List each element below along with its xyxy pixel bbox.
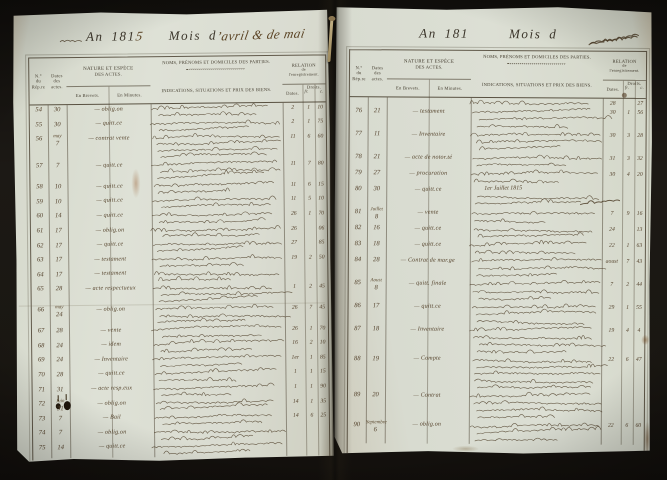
duty-francs xyxy=(304,224,316,239)
registration-date: 29 xyxy=(601,303,621,326)
handwriting-line xyxy=(477,144,603,152)
handwriting-line xyxy=(474,345,601,353)
entry-number: 90 xyxy=(348,420,366,443)
registration-date xyxy=(602,186,622,209)
handwriting-line xyxy=(475,382,601,390)
act-date-cell: 28 xyxy=(50,326,69,341)
handwriting-line xyxy=(160,446,286,455)
registration-date: 30 xyxy=(602,170,622,186)
parties-and-details xyxy=(470,153,602,170)
parties-and-details xyxy=(469,421,601,445)
entry-number: 61 xyxy=(31,226,49,241)
act-nature: — quitt.ce xyxy=(386,224,470,241)
registration-date: 7 xyxy=(602,280,622,303)
duty-francs: 1 xyxy=(305,367,317,382)
duty-francs: 1 xyxy=(622,241,634,257)
act-nature: — Inventaire xyxy=(385,324,469,354)
registration-date: 2 xyxy=(283,103,303,118)
entry-number: 60 xyxy=(31,212,49,227)
registration-date: 22 xyxy=(602,241,622,257)
entry-number: 57 xyxy=(30,162,48,183)
entry-number: 75 xyxy=(33,443,51,458)
act-date-cell: 19 xyxy=(366,354,385,391)
act-date-cell: 14 xyxy=(51,443,70,458)
duty-francs: 1 xyxy=(623,108,635,131)
month-printed: Mois d xyxy=(169,28,218,45)
act-nature: — acte respectueux xyxy=(69,284,153,306)
parties-and-details xyxy=(469,355,601,392)
registration-date: 1 xyxy=(286,382,306,397)
act-date-cell: 28 xyxy=(50,370,69,385)
duty-centimes: 70 xyxy=(317,324,328,339)
act-date-cell: 7 xyxy=(48,161,67,182)
act-day: 11 xyxy=(368,129,387,137)
registration-date: 26 xyxy=(284,209,304,224)
act-nature: — testament xyxy=(387,107,471,130)
act-day: 30 xyxy=(367,184,386,192)
handwriting-line xyxy=(473,176,603,184)
act-day xyxy=(368,97,387,98)
duty-francs xyxy=(622,186,634,209)
month-printed: Mois d xyxy=(509,26,557,42)
act-date-cell: 28 xyxy=(50,285,69,306)
col-no-header: N.°duRép.re xyxy=(350,50,368,96)
entry-number: 78 xyxy=(349,152,367,168)
parties-and-details xyxy=(154,441,286,457)
duty-francs: 6 xyxy=(621,356,633,393)
register-row: 90Septembre6— oblig.on22660 xyxy=(348,420,644,445)
handwriting-line xyxy=(158,229,284,238)
paraphe-flourish-icon xyxy=(584,17,639,47)
act-nature: — oblig.on xyxy=(68,225,152,240)
act-day: 28 xyxy=(367,256,386,264)
col-nature-header: NATURE ET ESPÈCEDES ACTES. xyxy=(66,57,150,86)
duty-francs: 3 xyxy=(622,154,634,170)
month-handwritten: ’avril & de mai xyxy=(215,25,306,44)
sub-brevets-header: En Brevets. xyxy=(387,79,429,97)
duty-francs: 2 xyxy=(304,282,316,303)
act-date-cell: 14 xyxy=(49,212,68,227)
act-date-cell: 11 xyxy=(367,129,386,152)
act-day: 28 xyxy=(50,370,69,378)
act-day: 17 xyxy=(49,226,68,234)
act-day: 31 xyxy=(51,404,70,412)
handwriting-line xyxy=(474,412,601,420)
col-no-header: N.°duRép.re xyxy=(29,58,47,104)
duty-centimes: 06 xyxy=(316,223,327,238)
duty-francs: 4 xyxy=(622,170,634,186)
parties-and-details xyxy=(469,302,601,326)
act-day: 18 xyxy=(367,240,386,248)
handwriting-line xyxy=(475,160,602,168)
duty-centimes: 56 xyxy=(635,108,646,131)
duty-centimes xyxy=(316,267,327,282)
duty-centimes: 45 xyxy=(317,303,328,324)
act-nature: — Bail xyxy=(70,413,154,428)
duty-francs xyxy=(304,267,316,282)
registration-date: 28 xyxy=(603,99,623,108)
duty-centimes xyxy=(318,440,329,455)
act-day: 28 xyxy=(50,326,69,334)
sub-reldates-header: Dates. xyxy=(282,85,302,103)
act-nature: — procuration xyxy=(386,169,470,186)
entry-number: 66 xyxy=(32,306,50,327)
register-row: 7821— acte de notor.té31332 xyxy=(349,152,645,170)
photographed-register-spread: { "document": { "kind": "Répertoire de n… xyxy=(0,0,667,480)
registration-date: 19 xyxy=(284,253,304,268)
entry-number: 77 xyxy=(349,129,367,152)
duty-francs xyxy=(623,99,635,108)
handwriting-line xyxy=(474,198,602,206)
act-nature: — quitt.ce xyxy=(68,196,152,211)
handwriting-line xyxy=(475,231,602,239)
act-nature: — Contrat de mar.ge xyxy=(386,256,470,279)
register-row: 8819— Compte22647 xyxy=(348,354,644,392)
duty-centimes: 75 xyxy=(315,117,326,132)
duty-centimes: 85 xyxy=(317,353,328,368)
act-day: 10 xyxy=(49,197,68,205)
act-day: 21 xyxy=(367,152,386,160)
duty-francs: 1 xyxy=(304,209,316,224)
entry-number: 73 xyxy=(33,414,51,429)
duty-centimes: 70 xyxy=(316,209,327,224)
col-relation-header: RELATIONdel'enregistrement. xyxy=(603,52,646,80)
duty-centimes: 10 xyxy=(315,102,326,117)
act-day: 27 xyxy=(367,168,386,176)
registration-date: 11 xyxy=(283,159,303,180)
register-right-page: An 181 Mois d N.°duRép.re Datesdesactes.… xyxy=(333,5,654,457)
act-nature: — oblig.on xyxy=(67,104,151,119)
act-date-cell: Aoust8 xyxy=(367,279,386,302)
act-nature: — Inventaire xyxy=(69,355,153,370)
act-date-cell: Juillet8 xyxy=(367,207,386,223)
act-nature: — contrat vente xyxy=(67,133,151,161)
duty-francs: 1 xyxy=(305,353,317,368)
act-day: 7 xyxy=(48,139,67,147)
duty-francs: 3 xyxy=(622,131,634,154)
duty-centimes: 44 xyxy=(634,280,645,303)
year-handwritten: 5 xyxy=(134,28,144,44)
register-row: 8428— Contrat de mar.geaoust743 xyxy=(349,256,645,281)
registration-date xyxy=(286,441,306,456)
duty-centimes: 15 xyxy=(315,180,326,195)
col-noms-header: NOMS, PRÉNOMS ET DOMICILES DES PARTIES. xyxy=(150,59,282,85)
act-date-cell: 21 xyxy=(368,107,387,130)
registration-date: 26 xyxy=(284,224,304,239)
entry-number: 83 xyxy=(349,239,367,255)
duty-centimes: 43 xyxy=(634,257,645,280)
entry-number: 72 xyxy=(33,399,51,414)
table-body: 5430— oblig.on21105530— quitt.ce217556ma… xyxy=(30,102,330,458)
register-row: 8617— quitt.ce29155 xyxy=(348,301,644,326)
act-day: 17 xyxy=(49,241,68,249)
act-day: 18 xyxy=(366,324,385,332)
act-nature: — Compte xyxy=(385,354,469,391)
handwriting-line xyxy=(476,293,602,301)
registration-date: 14 xyxy=(286,397,306,412)
entry-number: 55 xyxy=(30,120,48,135)
duty-centimes: 16 xyxy=(634,209,645,225)
entry-number: 80 xyxy=(349,184,367,207)
duty-centimes: 25 xyxy=(318,411,329,426)
parties-and-details xyxy=(151,103,283,119)
register-row: 8216— quitt.ce2413 xyxy=(349,223,645,241)
duty-francs: 7 xyxy=(622,257,634,280)
act-day: 10 xyxy=(48,182,67,190)
duty-centimes xyxy=(634,186,645,209)
col-noms-header: NOMS, PRÉNOMS ET DOMICILES DES PARTIES. xyxy=(471,54,603,80)
month-annotation: Septembre xyxy=(366,420,385,425)
register-row: 8920— Contrat xyxy=(348,390,644,421)
act-date-cell: 24 xyxy=(50,341,69,356)
handwriting-line xyxy=(474,121,602,129)
duty-francs: 6 xyxy=(306,411,318,426)
registration-date: 30 xyxy=(602,131,622,154)
act-nature: — testament xyxy=(68,269,152,284)
duty-francs: 7 xyxy=(303,159,315,180)
duty-francs: 4 xyxy=(621,326,633,356)
duty-centimes: 50 xyxy=(316,253,327,268)
act-date-cell: 17 xyxy=(49,270,68,285)
handwriting-line xyxy=(472,215,602,223)
act-nature xyxy=(387,97,471,107)
registration-date: 11 xyxy=(284,194,304,209)
entry-number: 58 xyxy=(30,183,48,198)
sub-indications-header: INDICATIONS, SITUATIONS ET PRIX DES BIEN… xyxy=(150,87,282,103)
entry-number: 74 xyxy=(33,429,51,444)
duty-centimes: 10 xyxy=(317,338,328,353)
duty-centimes: 55 xyxy=(633,303,644,326)
register-row: 7514— quitt.ce xyxy=(33,440,329,458)
duty-francs xyxy=(306,440,318,455)
left-page-title: An 1815 Mois d’avril & de mai xyxy=(58,27,305,46)
act-nature: — quitt.ce xyxy=(70,442,154,457)
entry-number: 67 xyxy=(32,326,50,341)
act-nature: — oblig.on xyxy=(69,305,153,327)
act-date-cell: may7 xyxy=(48,134,67,161)
act-nature: — oblig.on xyxy=(385,420,469,443)
entry-number: 89 xyxy=(348,390,366,420)
act-date-cell: 7 xyxy=(51,428,70,443)
act-nature: — vente xyxy=(69,325,153,340)
registration-date xyxy=(284,267,304,282)
duty-centimes xyxy=(633,392,644,422)
act-nature: — quitt.ce xyxy=(385,302,469,325)
registration-date: 1er xyxy=(285,353,305,368)
act-nature: — Inventaire xyxy=(386,130,470,153)
entry-number: 71 xyxy=(33,385,51,400)
handwriting-line xyxy=(472,434,600,442)
duty-centimes: 32 xyxy=(634,154,645,170)
act-day: 16 xyxy=(367,223,386,231)
entry-number: 63 xyxy=(31,256,49,271)
duty-centimes: 15 xyxy=(317,367,328,382)
duty-francs: 2 xyxy=(622,280,634,303)
parties-and-details xyxy=(470,256,602,280)
duty-francs: 6 xyxy=(303,132,315,159)
duty-francs: 2 xyxy=(304,253,316,268)
centimes-label: c. xyxy=(640,86,643,91)
act-day: 17 xyxy=(49,255,68,263)
entry-number: 82 xyxy=(349,223,367,239)
francs-label: fr. xyxy=(625,86,629,91)
duty-centimes: 27 xyxy=(635,99,646,108)
handwriting-line xyxy=(155,108,283,117)
repertoire-table-right: N.°duRép.re Datesdesactes. NATURE ET ESP… xyxy=(347,49,647,456)
act-day: 24 xyxy=(50,310,69,318)
entry-number: 68 xyxy=(32,341,50,356)
act-date-cell: Septembre6 xyxy=(366,420,385,443)
handwriting-line xyxy=(157,373,285,382)
act-nature: — acte resp.eux xyxy=(70,384,154,399)
duty-francs: 1 xyxy=(303,117,315,132)
entry-number: 54 xyxy=(30,105,48,120)
act-date-cell: may24 xyxy=(50,305,69,326)
duty-francs: 1 xyxy=(306,397,318,412)
act-nature: — idem xyxy=(69,340,153,355)
parties-and-details xyxy=(153,303,285,325)
entry-number: 76 xyxy=(350,106,368,129)
registration-date: 7 xyxy=(602,209,622,225)
act-day: 30 xyxy=(48,120,67,128)
parties-and-details xyxy=(152,282,284,304)
parties-and-details xyxy=(470,279,602,303)
act-nature: — testament xyxy=(68,254,152,269)
duty-francs xyxy=(304,238,316,253)
duty-centimes: 28 xyxy=(634,131,645,154)
act-day: 31 xyxy=(51,385,70,393)
handwriting-line xyxy=(473,270,601,278)
parties-and-details xyxy=(470,240,602,257)
act-day: 7 xyxy=(51,428,70,436)
registration-date xyxy=(601,392,621,422)
register-row: 81Juillet8— vente7916 xyxy=(349,207,645,225)
act-date-cell: 17 xyxy=(49,255,68,270)
register-row: 8718— Inventaire1944 xyxy=(348,324,644,355)
sub-brevets-header: En Brevets. xyxy=(66,87,108,105)
duty-francs: 6 xyxy=(303,180,315,195)
act-nature: — quitt.ce xyxy=(67,181,151,196)
entry-number: 87 xyxy=(348,324,366,354)
act-date-cell: 18 xyxy=(366,324,385,354)
act-date-cell: 10 xyxy=(48,182,67,197)
register-row: 85Aoust8— quitt. finale7244 xyxy=(349,278,645,303)
act-day: 21 xyxy=(368,107,387,115)
act-day: 14 xyxy=(49,212,68,220)
register-row: 7927— procuration30420 xyxy=(349,168,645,186)
parties-and-details xyxy=(470,224,602,241)
act-date-cell: 18 xyxy=(367,240,386,256)
register-left-page: An 1815 Mois d’avril & de mai N.°duRép.r… xyxy=(12,8,335,463)
act-date-cell: 30 xyxy=(367,184,386,207)
entry-number: 84 xyxy=(349,256,367,279)
parties-and-details xyxy=(151,159,283,181)
register-row: 8030— quitt.ce1er Juillet 1815 xyxy=(349,184,645,209)
act-day: 7 xyxy=(51,414,70,422)
duty-centimes xyxy=(318,426,329,441)
entry-number: 88 xyxy=(348,354,366,391)
entry-number: 70 xyxy=(32,370,50,385)
duty-francs: 1 xyxy=(306,382,318,397)
duty-centimes: 10 xyxy=(316,194,327,209)
act-day: 20 xyxy=(366,391,385,399)
registration-date: 27 xyxy=(284,238,304,253)
act-date-cell: 17 xyxy=(366,301,385,324)
parties-and-details xyxy=(470,130,602,154)
centimes-label: c. xyxy=(320,90,324,95)
col-relation-header: RELATIONdel'enregistrement. xyxy=(282,55,325,83)
duty-francs: 2 xyxy=(305,338,317,353)
duty-francs: 5 xyxy=(304,194,316,209)
register-row: 7621— testament30156 xyxy=(350,106,646,131)
act-date-cell: 21 xyxy=(367,152,386,168)
registration-date: 1 xyxy=(285,368,305,383)
entry-number xyxy=(350,97,368,106)
duty-francs: 7 xyxy=(305,303,317,324)
act-date-cell: 28 xyxy=(367,256,386,279)
sub-reldates-header: Dates. xyxy=(603,81,623,99)
duty-centimes: 60 xyxy=(315,132,326,159)
entry-number: 81 xyxy=(349,207,367,223)
right-page-title: An 181 Mois d xyxy=(419,26,557,43)
repertoire-table-left: N.°duRép.re Datesdesactes. NATURE ET ESP… xyxy=(28,54,330,460)
handwriting-line xyxy=(468,98,602,106)
act-day: 7 xyxy=(48,161,67,169)
act-date-cell xyxy=(368,97,387,106)
table-header: N.°duRép.re Datesdesactes. NATURE ET ESP… xyxy=(350,50,646,99)
parties-and-details xyxy=(470,208,602,225)
registration-date: 2 xyxy=(283,117,303,132)
entry-number: 79 xyxy=(349,168,367,184)
wavy-divider xyxy=(507,60,567,64)
act-date-cell: 30 xyxy=(48,120,67,135)
act-date-cell: Juin31 xyxy=(51,399,70,414)
registration-date: 31 xyxy=(602,154,622,170)
act-date-cell: 16 xyxy=(367,223,386,239)
duty-centimes: 60 xyxy=(633,422,644,445)
act-date-cell: 10 xyxy=(49,197,68,212)
act-day: 19 xyxy=(366,354,385,362)
wavy-divider xyxy=(186,65,246,70)
registration-date: 16 xyxy=(285,338,305,353)
entry-number: 59 xyxy=(31,197,49,212)
entry-number: 86 xyxy=(348,301,366,324)
act-day: 28 xyxy=(50,285,69,293)
act-nature: — quitt.ce xyxy=(386,240,470,257)
parties-and-details xyxy=(470,169,602,186)
year-printed: An 181 xyxy=(86,28,136,45)
entry-number: 69 xyxy=(32,356,50,371)
year-printed: An 181 xyxy=(419,26,469,42)
act-day: 6 xyxy=(366,425,385,433)
act-day: 30 xyxy=(48,105,67,113)
act-nature: — quitt.ce xyxy=(69,369,153,384)
act-date-cell: 7 xyxy=(51,414,70,429)
act-nature: — quitt. finale xyxy=(386,279,470,302)
registration-date: 11 xyxy=(283,180,303,195)
act-nature: — acte de notor.té xyxy=(386,152,470,169)
act-nature: — quitt.ce xyxy=(67,119,151,134)
duty-francs: 1 xyxy=(303,103,315,118)
col-dates-header: Datesdesactes. xyxy=(47,58,66,104)
act-date-cell: 20 xyxy=(366,391,385,421)
act-nature: — quitt.ce xyxy=(68,211,152,226)
handwriting-line xyxy=(473,316,601,324)
parties-and-details xyxy=(153,368,285,384)
duty-centimes: 4 xyxy=(633,326,644,356)
entry-number: 62 xyxy=(31,241,49,256)
act-day: 14 xyxy=(51,443,70,451)
